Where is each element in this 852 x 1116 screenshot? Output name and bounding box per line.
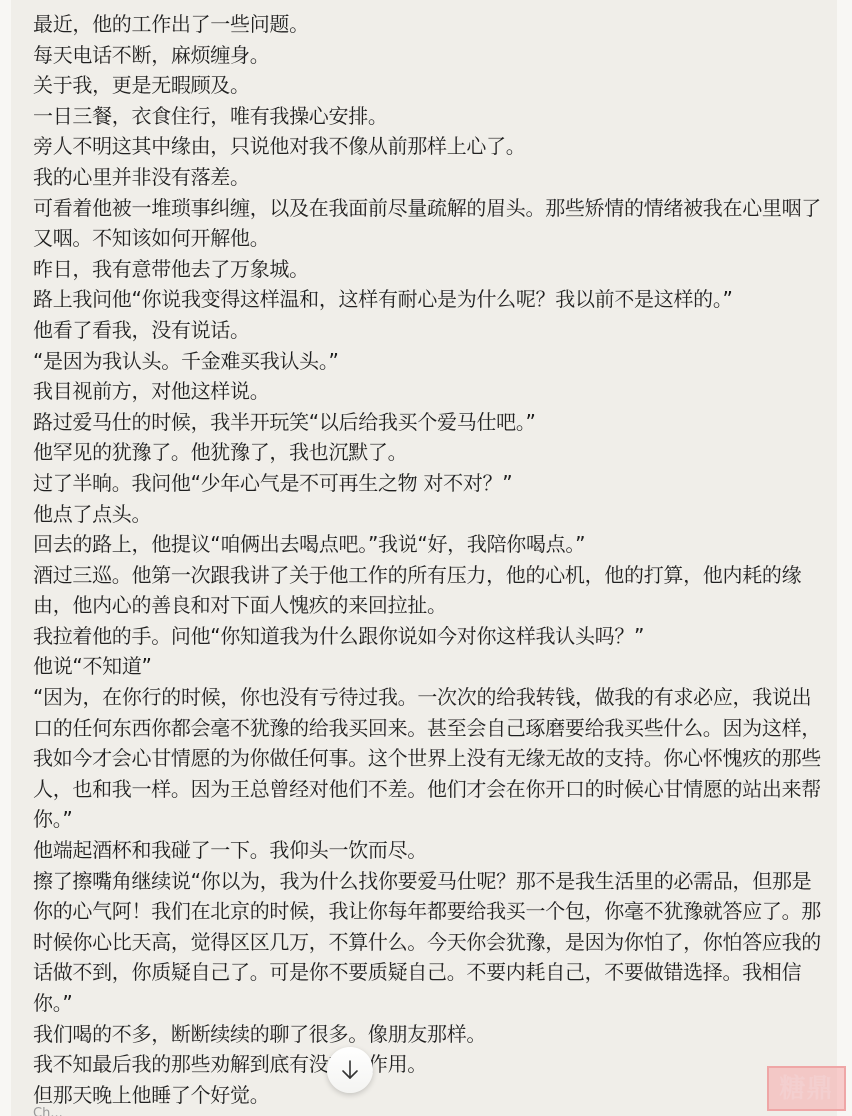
paragraph: 我的心里并非没有落差。 [33,162,823,193]
paragraph: 回去的路上，他提议“咱俩出去喝点吧。”我说“好，我陪你喝点。” [33,529,823,560]
article-page: 最近，他的工作出了一些问题。 每天电话不断，麻烦缠身。 关于我，更是无暇顾及。 … [11,0,837,1116]
paragraph: 昨日，我有意带他去了万象城。 [33,254,823,285]
paragraph: 酒过三巡。他第一次跟我讲了关于他工作的所有压力，他的心机，他的打算，他内耗的缘由… [33,560,823,621]
article-body: 最近，他的工作出了一些问题。 每天电话不断，麻烦缠身。 关于我，更是无暇顾及。 … [33,9,823,1110]
scroll-down-button[interactable] [327,1047,373,1093]
paragraph: 旁人不明这其中缘由，只说他对我不像从前那样上心了。 [33,131,823,162]
paragraph: 可看着他被一堆琐事纠缠，以及在我面前尽量疏解的眉头。那些矫情的情绪被我在心里咽了… [33,193,823,254]
paragraph: “是因为我认头。千金难买我认头。” [33,346,823,377]
paragraph: 他看了看我，没有说话。 [33,315,823,346]
paragraph: 路过爱马仕的时候，我半开玩笑“以后给我买个爱马仕吧。” [33,407,823,438]
paragraph: 他点了点头。 [33,499,823,530]
paragraph: 每天电话不断，麻烦缠身。 [33,40,823,71]
paragraph: 他罕见的犹豫了。他犹豫了，我也沉默了。 [33,437,823,468]
paragraph: 我不知最后我的那些劝解到底有没有起作用。 [33,1049,823,1080]
watermark-text: 糖鼎 [779,1074,833,1104]
paragraph: “因为，在你行的时候，你也没有亏待过我。一次次的给我转钱，做我的有求必应，我说出… [33,682,823,835]
paragraph: 关于我，更是无暇顾及。 [33,70,823,101]
arrow-down-icon [340,1059,360,1081]
watermark-seal: 糖鼎 [767,1066,846,1111]
paragraph: 他说“不知道” [33,651,823,682]
footer-partial-text: Ch... [33,1106,63,1116]
paragraph: 但那天晚上他睡了个好觉。 [33,1080,823,1111]
paragraph: 我们喝的不多，断断续续的聊了很多。像朋友那样。 [33,1019,823,1050]
paragraph: 我目视前方，对他这样说。 [33,376,823,407]
paragraph: 擦了擦嘴角继续说“你以为，我为什么找你要爱马仕呢？那不是我生活里的必需品，但那是… [33,866,823,1019]
paragraph: 最近，他的工作出了一些问题。 [33,9,823,40]
paragraph: 我拉着他的手。问他“你知道我为什么跟你说如今对你这样我认头吗？” [33,621,823,652]
paragraph: 他端起酒杯和我碰了一下。我仰头一饮而尽。 [33,835,823,866]
paragraph: 过了半晌。我问他“少年心气是不可再生之物 对不对？” [33,468,823,499]
paragraph: 一日三餐，衣食住行，唯有我操心安排。 [33,101,823,132]
paragraph: 路上我问他“你说我变得这样温和，这样有耐心是为什么呢？我以前不是这样的。” [33,284,823,315]
